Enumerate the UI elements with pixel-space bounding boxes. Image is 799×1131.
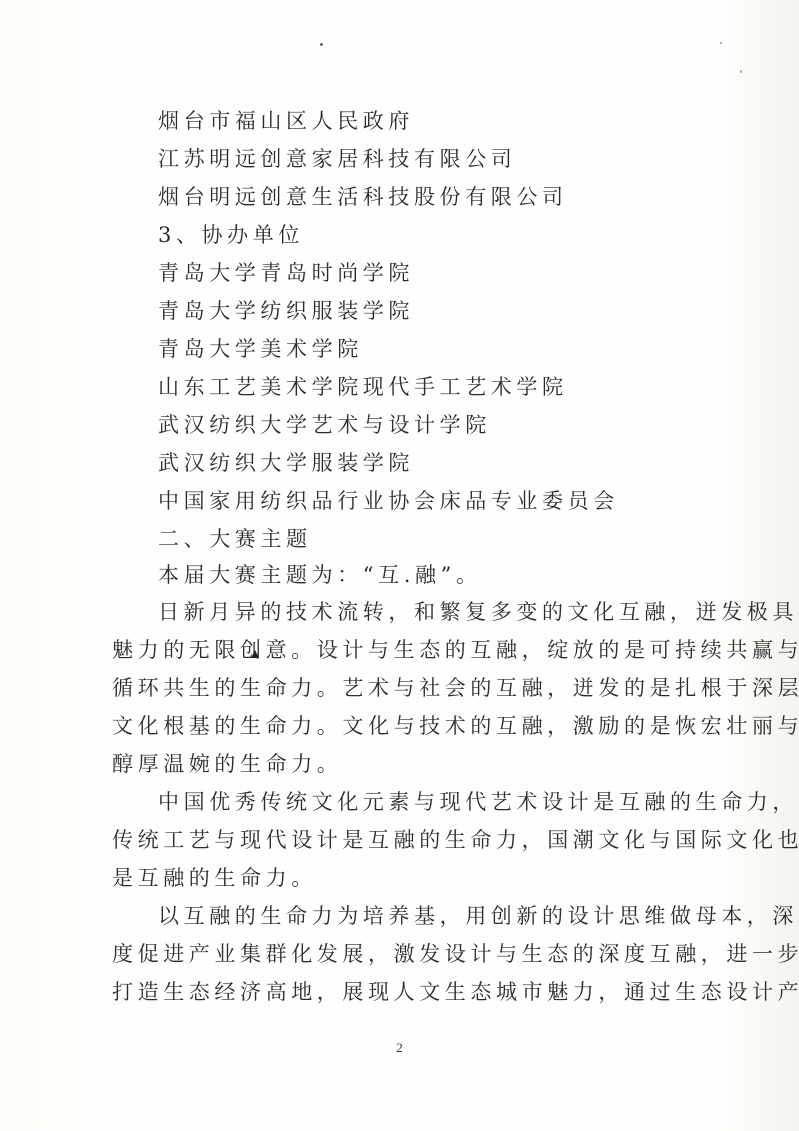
paragraph-line: 是互融的生命力。: [112, 865, 317, 891]
paragraph-line: 中国优秀传统文化元素与现代艺术设计是互融的生命力，: [158, 789, 798, 815]
paragraph-line: 日新月异的技术流转，和繁复多变的文化互融，迸发极具: [158, 599, 798, 625]
paragraph-line: 打造生态经济高地，展现人文生态城市魅力，通过生态设计产: [112, 979, 799, 1005]
cursor-mark: [251, 650, 259, 658]
co-organizers-heading: 3、协办单位: [158, 222, 304, 248]
paragraph-line: 传统工艺与现代设计是互融的生命力，国潮文化与国际文化也: [112, 827, 799, 853]
paragraph-line: 循环共生的生命力。艺术与社会的互融，迸发的是扎根于深层: [112, 675, 799, 701]
paragraph-line: 度促进产业集群化发展，激发设计与生态的深度互融，进一步: [112, 941, 799, 967]
co-organizer-item: 武汉纺织大学艺术与设计学院: [158, 412, 491, 438]
co-organizer-item: 中国家用纺织品行业协会床品专业委员会: [158, 488, 619, 514]
paragraph-line: 以互融的生命力为培养基，用创新的设计思维做母本，深: [158, 903, 798, 929]
co-organizer-item: 山东工艺美术学院现代手工艺术学院: [158, 374, 568, 400]
paragraph-line: 魅力的无限创意。设计与生态的互融，绽放的是可持续共赢与: [112, 637, 799, 663]
section-heading: 二、大赛主题: [158, 526, 312, 552]
theme-statement: 本届大赛主题为：“互.融”。: [158, 562, 482, 588]
co-organizer-item: 青岛大学纺织服装学院: [158, 298, 414, 324]
scan-speck: [720, 42, 722, 44]
scan-speck: [320, 43, 323, 46]
organizer-item: 烟台明远创意生活科技股份有限公司: [158, 184, 568, 210]
page-number: 2: [0, 1040, 799, 1056]
co-organizer-item: 青岛大学青岛时尚学院: [158, 260, 414, 286]
co-organizer-item: 青岛大学美术学院: [158, 336, 363, 362]
document-page: 烟台市福山区人民政府 江苏明远创意家居科技有限公司 烟台明远创意生活科技股份有限…: [0, 0, 799, 1131]
organizer-item: 江苏明远创意家居科技有限公司: [158, 146, 516, 172]
organizer-item: 烟台市福山区人民政府: [158, 108, 414, 134]
paragraph-line: 醇厚温婉的生命力。: [112, 751, 342, 777]
paragraph-line: 文化根基的生命力。文化与技术的互融，激励的是恢宏壮丽与: [112, 713, 799, 739]
co-organizer-item: 武汉纺织大学服装学院: [158, 450, 414, 476]
scan-speck: [740, 70, 742, 73]
